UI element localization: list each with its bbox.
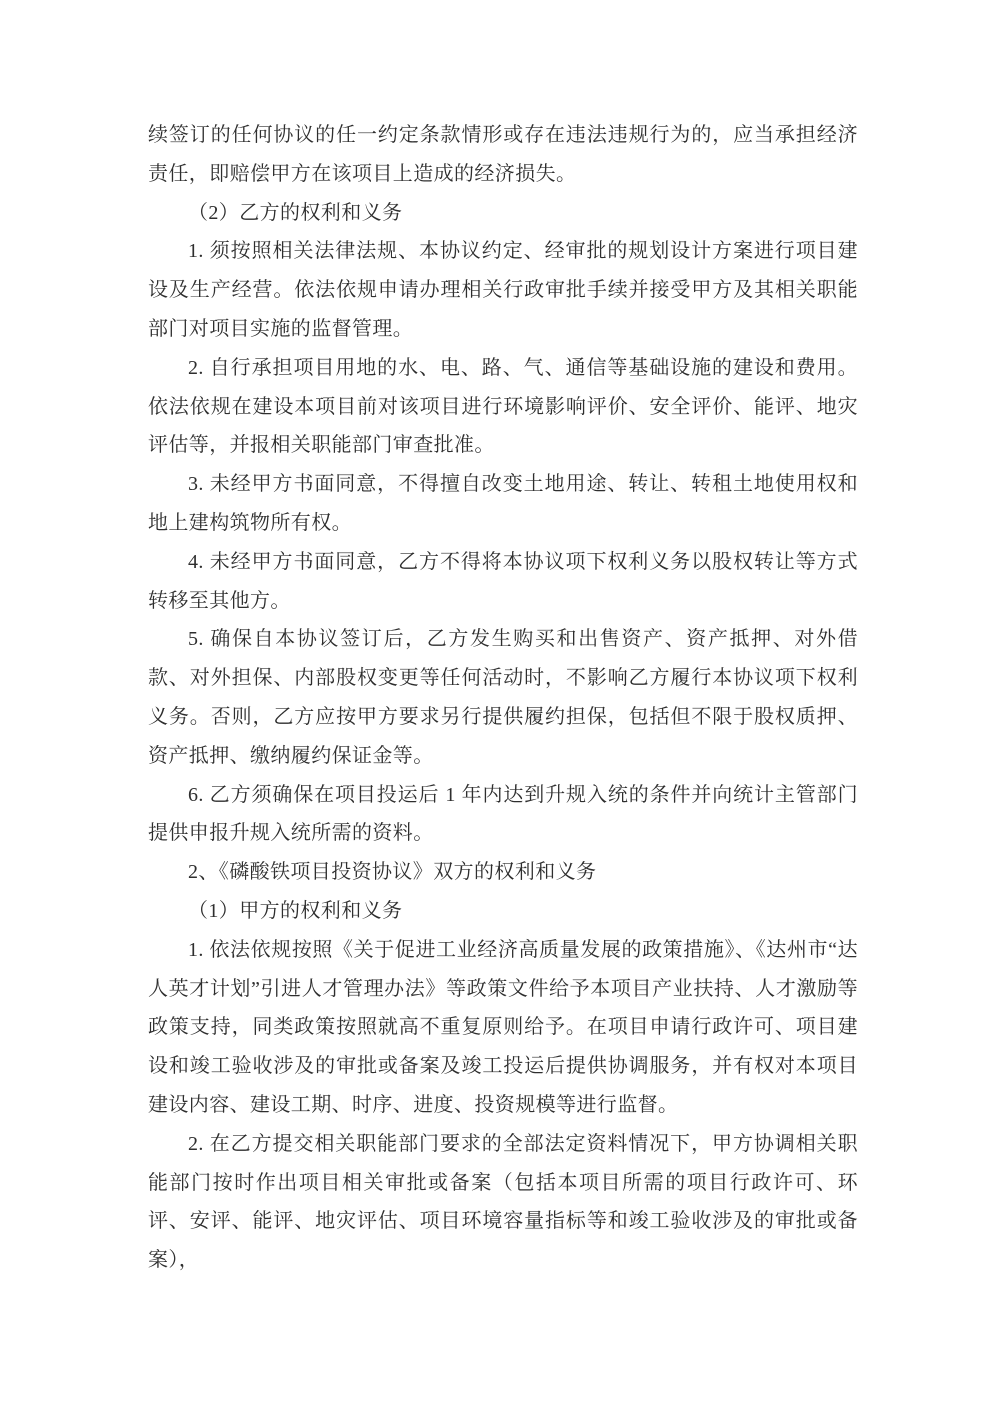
paragraph-item-2: 2. 自行承担项目用地的水、电、路、气、通信等基础设施的建设和费用。依法依规在建… bbox=[148, 349, 858, 465]
paragraph-party-a-item-1: 1. 依法依规按照《关于促进工业经济高质量发展的政策措施》、《达州市“达人英才计… bbox=[148, 931, 858, 1125]
paragraph-item-5: 5. 确保自本协议签订后，乙方发生购买和出售资产、资产抵押、对外借款、对外担保、… bbox=[148, 620, 858, 775]
section-heading-investment-agreement: 2、《磷酸铁项目投资协议》双方的权利和义务 bbox=[148, 853, 858, 892]
subheading-party-a-rights: （1）甲方的权利和义务 bbox=[148, 892, 858, 931]
paragraph-party-a-item-2: 2. 在乙方提交相关职能部门要求的全部法定资料情况下，甲方协调相关职能部门按时作… bbox=[148, 1125, 858, 1280]
paragraph-continuation: 续签订的任何协议的任一约定条款情形或存在违法违规行为的，应当承担经济责任，即赔偿… bbox=[148, 116, 858, 194]
paragraph-item-3: 3. 未经甲方书面同意，不得擅自改变土地用途、转让、转租土地使用权和地上建构筑物… bbox=[148, 465, 858, 543]
paragraph-item-6: 6. 乙方须确保在项目投运后 1 年内达到升规入统的条件并向统计主管部门提供申报… bbox=[148, 776, 858, 854]
subheading-party-b-rights: （2）乙方的权利和义务 bbox=[148, 194, 858, 233]
paragraph-item-4: 4. 未经甲方书面同意，乙方不得将本协议项下权利义务以股权转让等方式转移至其他方… bbox=[148, 543, 858, 621]
document-page: 续签订的任何协议的任一约定条款情形或存在违法违规行为的，应当承担经济责任，即赔偿… bbox=[0, 0, 1000, 1414]
document-body: 续签订的任何协议的任一约定条款情形或存在违法违规行为的，应当承担经济责任，即赔偿… bbox=[148, 116, 858, 1280]
paragraph-item-1: 1. 须按照相关法律法规、本协议约定、经审批的规划设计方案进行项目建设及生产经营… bbox=[148, 232, 858, 348]
